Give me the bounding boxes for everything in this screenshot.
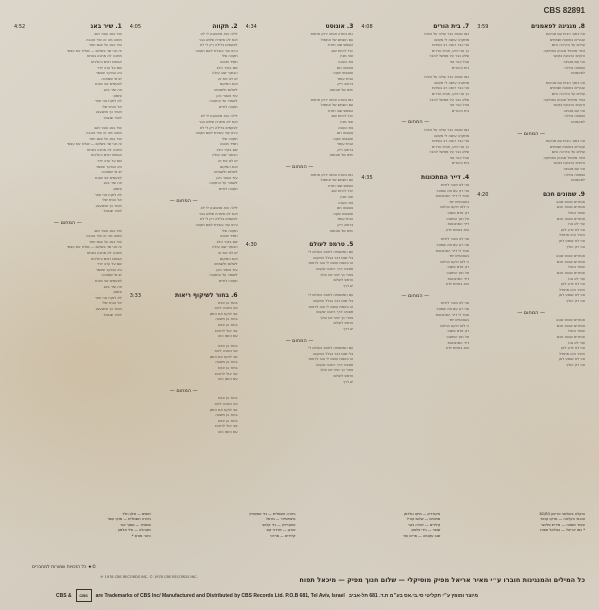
lyrics-column: 7. בית הורים4:08כמו שהוא כבר עולה על חבי…: [361, 20, 469, 532]
cbs-logo-icon: CBS: [76, 589, 92, 602]
chorus-label: — המחום —: [477, 311, 585, 317]
lyric-line: בית ההורים: [361, 66, 469, 72]
song-duration: 3:33: [130, 292, 141, 300]
song-title: 1. שיר באג4:52: [14, 23, 122, 31]
chorus-label: — המחום —: [361, 294, 469, 300]
chorus-label: — המחום —: [246, 165, 354, 171]
song-duration: 4:35: [361, 174, 372, 182]
song-name: 5. טרמפ לעולם: [309, 241, 353, 249]
lyric-line: יש דרך: [246, 380, 354, 386]
song-name: 7. בית הורים: [433, 23, 469, 31]
lyrics-column: 8. מנגינה לפאמנים3:59אני בתוך הבית עם מג…: [477, 20, 585, 532]
main-credit: כל המילים והמנגינות חוברו ע״י מאיר אריאל…: [120, 576, 585, 584]
song-title: 4. דייר המתכונות4:35: [361, 174, 469, 182]
song-name: 6. בחור לשיקוף ריאות: [175, 292, 238, 300]
trademark-hebrew: מיוצר ומופץ ע״י תקליטי סי.בי.אס בע״מ ת.ד…: [349, 593, 478, 599]
lyric-line: הוא באמת יודע: [361, 228, 469, 234]
lyric-line: עם הזמן הזה: [130, 430, 238, 436]
lyric-line: תקווה לחיים: [130, 187, 238, 193]
rights-notice: ©★ כל הזכויות שמורות למחברים: [32, 565, 96, 570]
trademark-line: CBS & CBS are Trademarks of CBS Inc/ Man…: [56, 589, 579, 602]
copyright-circle-icon: ©★: [86, 565, 96, 570]
song-duration: 4:34: [246, 23, 257, 31]
song-title: 2. תקווה4:05: [130, 23, 238, 31]
credit-line: * כמו אריאל — בצלאל תפוח: [448, 528, 585, 533]
song-title: 3. אוגוסט4:34: [246, 23, 354, 31]
song-name: 2. תקווה: [212, 23, 237, 31]
song-duration: 4:05: [130, 23, 141, 31]
chorus-label: — המחום —: [246, 339, 354, 345]
song-name: 9. שמונים חכם: [543, 191, 585, 199]
lyric-line: בית ההורים: [361, 109, 469, 115]
lyric-line: בית ההורים: [361, 161, 469, 167]
song-name: 8. מנגינה לפאמנים: [531, 23, 585, 31]
musician-credits: תופים — אלון חלדגיטרה חשמלית — מוקי עשרפ…: [14, 512, 585, 564]
credit-block: תופים — אלון חלדגיטרה חשמלית — מוקי עשרפ…: [14, 512, 151, 564]
lyric-line: תקווה לחיים: [130, 279, 238, 285]
lyrics-column: 1. שיר באג4:52שיר באג עובר ושבמחוה מה זה…: [14, 20, 122, 532]
lyric-line: הוא באמת יודע: [361, 282, 469, 288]
lyric-line: עם הזמן הזה: [130, 377, 238, 383]
lyric-line: לשיר שנגמר: [14, 116, 122, 122]
credit-line: שוב עקומה — מרים עזר: [304, 534, 441, 539]
song-title: 5. טרמפ לעולם4:30: [246, 241, 354, 249]
song-title: 6. בחור לשיקוף ריאות3:33: [130, 292, 238, 300]
lyric-line: עם הזמן הזה: [130, 334, 238, 340]
lyric-line: לשיר שנגמר: [14, 209, 122, 215]
lyric-line: לשיר שנגמר: [14, 313, 122, 319]
credit-block: הוקלט באולפני טריטון 82/83טכנאי הקלטה — …: [448, 512, 585, 564]
song-duration: 4:52: [14, 23, 25, 31]
song-title: 7. בית הורים4:08: [361, 23, 469, 31]
song-duration: 4:30: [246, 241, 257, 249]
lyric-line: לפאמנים: [477, 71, 585, 77]
credit-line: קלידים — מרדכי: [159, 534, 296, 539]
lyric-line: תקווה לחיים: [130, 105, 238, 111]
lyric-line: ימים של אוגוסט: [246, 229, 354, 235]
song-name: 3. אוגוסט: [326, 23, 354, 31]
song-duration: 4:08: [361, 23, 372, 31]
lyric-line: ימים של אוגוסט: [246, 88, 354, 94]
song-title: 8. מנגינה לפאמנים3:59: [477, 23, 585, 31]
credit-block: גיטרה חשמלית — גדי אפשטייןסינתיסייזר — מ…: [159, 512, 296, 564]
lyric-line: לפאמנים: [477, 178, 585, 184]
chorus-label: — המחום —: [130, 199, 238, 205]
song-duration: 4:20: [477, 191, 488, 199]
lyrics-column: 2. תקווה4:05לילה הוא מתגעגע לי לאואת לא …: [130, 20, 238, 532]
lyric-line: אני רק הולך: [477, 299, 585, 305]
lyric-line: יש דרך: [246, 284, 354, 290]
lyric-line: יש דרך: [246, 327, 354, 333]
lyrics-columns: 1. שיר באג4:52שיר באג עובר ושבמחוה מה זה…: [14, 20, 585, 532]
lyric-line: הוא באמת יודע: [361, 346, 469, 352]
credit-line: כינור מורם *: [14, 534, 151, 539]
credit-block: אקורדיון — מיקו גולדמןמתוכים — שלום קורל…: [304, 512, 441, 564]
song-title: 9. שמונים חכם4:20: [477, 191, 585, 199]
trademark-text: are Trademarks of CBS Inc/ Manufactured …: [96, 593, 345, 599]
song-name: 1. שיר באג: [91, 23, 122, 31]
lyric-line: ימים של אוגוסט: [246, 153, 354, 159]
lyric-line: לפאמנים: [477, 120, 585, 126]
catalog-number: CBS 82891: [544, 6, 585, 15]
chorus-label: — המחום —: [14, 221, 122, 227]
lyric-line: אני רק הולך: [477, 245, 585, 251]
chorus-label: — המחום —: [361, 120, 469, 126]
lyrics-column: 3. אוגוסט4:34כמו בשדה אותה ירוק מתחתעם ה…: [246, 20, 354, 532]
song-duration: 3:59: [477, 23, 488, 31]
song-name: 4. דייר המתכונות: [421, 174, 469, 182]
chorus-label: — המחום —: [130, 389, 238, 395]
lyric-line: אני רק הולך: [477, 363, 585, 369]
trademark-prefix: CBS &: [56, 593, 72, 599]
chorus-label: — המחום —: [477, 132, 585, 138]
